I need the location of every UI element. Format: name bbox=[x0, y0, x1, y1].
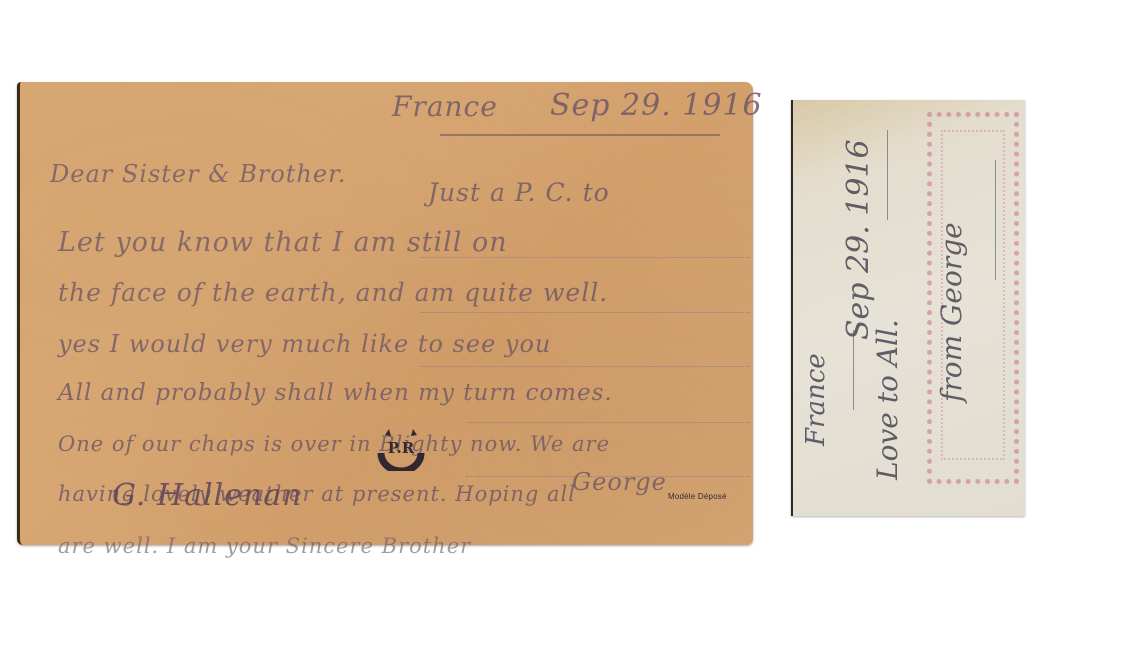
closing-name: George bbox=[572, 468, 667, 496]
date-underline bbox=[887, 130, 888, 220]
letter-line-5: All and probably shall when my turn come… bbox=[58, 380, 613, 406]
postcard-front: France Sep 29. 1916 Dear Sister & Brothe… bbox=[17, 82, 753, 545]
postcard-back: Sep 29. 1916 France Love to All. from Ge… bbox=[791, 100, 1025, 516]
back-place: France bbox=[801, 353, 831, 446]
letter-line-1: Just a P. C. to bbox=[428, 178, 610, 207]
back-message-1: Love to All. bbox=[871, 319, 904, 480]
dotted-rule-4 bbox=[468, 422, 750, 423]
signature-underline bbox=[995, 160, 996, 280]
dotted-rule-2 bbox=[420, 312, 750, 313]
header-underline bbox=[440, 134, 720, 136]
header-place: France bbox=[392, 90, 498, 123]
header-date: Sep 29. 1916 bbox=[550, 88, 763, 123]
publisher-logo-icon: P.R bbox=[375, 427, 427, 471]
letter-line-3: the face of the earth, and am quite well… bbox=[58, 278, 608, 307]
letter-line-8: are well. I am your Sincere Brother bbox=[58, 534, 471, 558]
back-message-2: from George bbox=[935, 222, 968, 402]
dotted-rule-1 bbox=[420, 257, 750, 258]
logo-initials: P.R bbox=[388, 439, 415, 457]
signature: G. Hallenan bbox=[112, 478, 303, 513]
salutation: Dear Sister & Brother. bbox=[50, 160, 347, 188]
letter-line-4: yes I would very much like to see you bbox=[58, 330, 551, 358]
place-underline bbox=[853, 330, 854, 410]
back-date: Sep 29. 1916 bbox=[841, 139, 876, 340]
printed-mark: Modèle Déposé bbox=[668, 492, 727, 501]
letter-line-2: Let you know that I am still on bbox=[58, 227, 508, 258]
dotted-rule-3 bbox=[420, 366, 750, 367]
letter-line-6: One of our chaps is over in Blighty now.… bbox=[58, 432, 610, 456]
